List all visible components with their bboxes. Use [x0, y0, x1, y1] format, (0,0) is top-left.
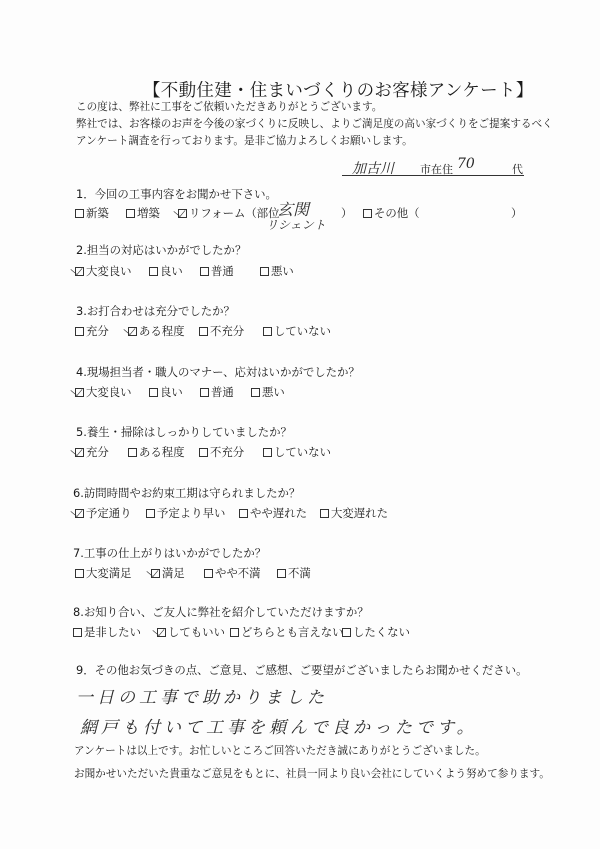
q2-option-very-good[interactable]: 大変良い — [75, 263, 132, 279]
intro-line-3: アンケート調査を行っております。是非ご協力よろしくお願いします。 — [76, 133, 413, 151]
q6-option-early[interactable]: 予定より早い — [146, 505, 225, 521]
footer-line-1: アンケートは以上です。お忙しいところご回答いただき誠にありがとうございました。 — [74, 743, 486, 758]
q1-option-extension[interactable]: 増築 — [126, 205, 160, 221]
q1-reform-close-paren: ） — [341, 205, 352, 221]
q8-option-definitely[interactable]: 是非したい — [73, 624, 141, 640]
q3-option-sufficient[interactable]: 充分 — [75, 323, 109, 339]
question-3-label: 3.お打合わせは充分でしたか？ — [76, 303, 235, 319]
checkbox-checked[interactable] — [178, 209, 187, 218]
q9-answer-line-1[interactable]: 一日の工事で助かりました — [76, 683, 328, 708]
q3-option-not-done[interactable]: していない — [263, 323, 331, 339]
checkbox[interactable] — [239, 509, 248, 518]
q1-other-close-paren: ） — [511, 205, 522, 221]
intro-line-1: この度は、弊社に工事をご依頼いただきありがとうございます。 — [76, 99, 382, 117]
checkbox[interactable] — [149, 267, 158, 276]
checkbox[interactable] — [342, 628, 351, 637]
checkbox-checked[interactable] — [128, 327, 137, 336]
q9-answer-line-2[interactable]: 網戸も付いて工事を頼んで良かったです。 — [80, 713, 478, 738]
checkbox-checked[interactable] — [75, 388, 84, 397]
respondent-age-label: 代 — [512, 161, 523, 177]
checkbox[interactable] — [149, 388, 158, 397]
q4-option-bad[interactable]: 悪い — [251, 384, 285, 400]
q1-option-reform[interactable]: リフォーム（部位 — [178, 205, 280, 221]
question-6-label: 6.訪問時間やお約束工期は守られましたか？ — [73, 485, 300, 501]
q6-option-on-schedule[interactable]: 予定通り — [75, 505, 132, 521]
checkbox[interactable] — [230, 628, 239, 637]
q8-option-undecided[interactable]: どちらとも言えない — [230, 624, 344, 640]
q4-option-average[interactable]: 普通 — [200, 384, 234, 400]
q5-option-somewhat[interactable]: ある程度 — [128, 444, 185, 460]
checkbox[interactable] — [199, 448, 208, 457]
checkbox[interactable] — [363, 209, 372, 218]
question-7-label: 7.工事の仕上がりはいかがでしたか？ — [73, 545, 266, 561]
checkbox-checked[interactable] — [75, 509, 84, 518]
q8-option-maybe[interactable]: してもいい — [157, 624, 225, 640]
q6-option-very-late[interactable]: 大変遅れた — [320, 505, 388, 521]
checkbox[interactable] — [263, 448, 272, 457]
q8-option-no[interactable]: したくない — [342, 624, 410, 640]
checkbox[interactable] — [75, 569, 84, 578]
checkbox[interactable] — [200, 267, 209, 276]
q5-option-insufficient[interactable]: 不充分 — [199, 444, 244, 460]
q1-option-other[interactable]: その他（ — [363, 205, 420, 221]
q7-option-satisfied[interactable]: 満足 — [151, 565, 185, 581]
checkbox-checked[interactable] — [75, 448, 84, 457]
checkbox[interactable] — [128, 448, 137, 457]
checkbox[interactable] — [146, 509, 155, 518]
footer-line-2: お聞かせいただいた貴重なご意見をもとに、社員一同より良い会社にしていくよう努めて… — [74, 766, 550, 781]
question-8-label: 8.お知り合い、ご友人に弊社を紹介していただけますか？ — [73, 604, 369, 620]
checkbox-checked[interactable] — [157, 628, 166, 637]
checkbox[interactable] — [199, 327, 208, 336]
checkbox[interactable] — [204, 569, 213, 578]
checkbox[interactable] — [263, 327, 272, 336]
q2-option-good[interactable]: 良い — [149, 263, 183, 279]
checkbox[interactable] — [251, 388, 260, 397]
q2-option-bad[interactable]: 悪い — [260, 263, 294, 279]
respondent-city[interactable]: 加古川 — [352, 158, 394, 178]
q5-option-sufficient[interactable]: 充分 — [75, 444, 109, 460]
intro-line-2: 弊社では、お客様のお声を今後の家づくりに反映し、よりご満足度の高い家づくりをご提… — [76, 116, 553, 134]
q3-option-insufficient[interactable]: 不充分 — [199, 323, 244, 339]
respondent-city-label: 市在住 — [420, 161, 453, 177]
checkbox[interactable] — [75, 327, 84, 336]
checkbox[interactable] — [73, 628, 82, 637]
q4-option-very-good[interactable]: 大変良い — [75, 384, 132, 400]
checkbox-checked[interactable] — [151, 569, 160, 578]
question-5-label: 5.養生・掃除はしっかりしていましたか？ — [76, 424, 292, 440]
question-2-label: 2.担当の対応はいかがでしたか？ — [76, 242, 246, 258]
question-4-label: 4.現場担当者・職人のマナー、応対はいかがでしたか？ — [76, 364, 360, 380]
respondent-age[interactable]: 70 — [457, 156, 475, 172]
q5-option-not-done[interactable]: していない — [263, 444, 331, 460]
checkbox-checked[interactable] — [75, 267, 84, 276]
checkbox[interactable] — [200, 388, 209, 397]
q1-reform-part-sub[interactable]: リシェント — [266, 216, 326, 233]
q7-option-slightly-dissatisfied[interactable]: やや不満 — [204, 565, 261, 581]
question-9-label: 9．その他お気づきの点、ご意見、ご感想、ご要望がございましたらお聞かせください。 — [76, 662, 527, 678]
checkbox[interactable] — [320, 509, 329, 518]
checkbox[interactable] — [277, 569, 286, 578]
q7-option-dissatisfied[interactable]: 不満 — [277, 565, 311, 581]
checkbox[interactable] — [75, 209, 84, 218]
checkbox[interactable] — [260, 267, 269, 276]
q6-option-slightly-late[interactable]: やや遅れた — [239, 505, 307, 521]
q1-option-new-build[interactable]: 新築 — [75, 205, 109, 221]
question-1-label: 1．今回の工事内容をお聞かせ下さい。 — [76, 186, 277, 202]
q4-option-good[interactable]: 良い — [149, 384, 183, 400]
q7-option-very-satisfied[interactable]: 大変満足 — [75, 565, 132, 581]
q2-option-average[interactable]: 普通 — [200, 263, 234, 279]
checkbox[interactable] — [126, 209, 135, 218]
q3-option-somewhat[interactable]: ある程度 — [128, 323, 185, 339]
